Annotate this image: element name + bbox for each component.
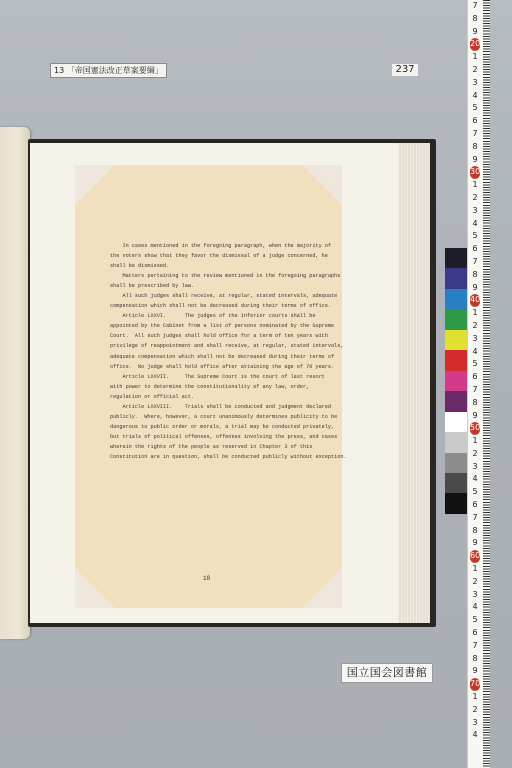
ruler-number: 40	[470, 294, 480, 307]
color-swatch	[445, 473, 467, 493]
ruler-number: 8	[470, 397, 480, 410]
color-calibration-chart	[445, 248, 467, 514]
color-swatch	[445, 493, 467, 513]
document-line: shall be dismissed.	[110, 261, 325, 271]
ruler-number: 1	[470, 563, 480, 576]
ruler-number: 5	[470, 486, 480, 499]
ruler-number: 9	[470, 26, 480, 39]
document-line: Constitution are in question, shall be c…	[110, 452, 325, 462]
ruler-number: 6	[470, 115, 480, 128]
collection-title: 「帝国憲法改正草案要綱」	[67, 66, 163, 75]
ruler-number: 4	[470, 601, 480, 614]
color-swatch	[445, 289, 467, 309]
ruler-number: 3	[470, 77, 480, 90]
ruler-number: 8	[470, 269, 480, 282]
document-line: In cases mentioned in the foregoing para…	[110, 241, 325, 251]
ruler-number: 2	[470, 576, 480, 589]
ruler-number: 3	[470, 205, 480, 218]
ruler-number: 1	[470, 691, 480, 704]
document-line: Matters pertaining to the review mention…	[110, 271, 325, 281]
document-line: appointed by the Cabinet from a list of …	[110, 321, 325, 331]
ruler-number: 9	[470, 282, 480, 295]
ruler-number: 6	[470, 627, 480, 640]
ruler-number: 4	[470, 473, 480, 486]
ruler-number: 8	[470, 653, 480, 666]
ruler-number: 50	[470, 422, 480, 435]
left-page-edge	[0, 127, 30, 639]
color-swatch	[445, 268, 467, 288]
ruler-number: 9	[470, 154, 480, 167]
document-line: shall be prescribed by law.	[110, 281, 325, 291]
document-line: but trials of political offenses, offens…	[110, 432, 325, 442]
ruler-number: 9	[470, 537, 480, 550]
ruler-number: 4	[470, 729, 480, 742]
ruler-number: 2	[470, 192, 480, 205]
ruler-number: 60	[470, 550, 480, 563]
page-folio: 18	[203, 575, 210, 582]
document-line: the voters show that they favor the dism…	[110, 251, 325, 261]
ruler-number: 7	[470, 512, 480, 525]
ruler-number: 1	[470, 179, 480, 192]
color-swatch	[445, 453, 467, 473]
ruler-number: 7	[470, 256, 480, 269]
collection-label: 13 「帝国憲法改正草案要綱」	[50, 63, 167, 78]
ruler-number: 3	[470, 461, 480, 474]
ruler-number: 8	[470, 525, 480, 538]
ruler-number: 2	[470, 448, 480, 461]
document-line: Article LXXVII. The Supreme Court is the…	[110, 372, 325, 382]
ruler-number: 5	[470, 230, 480, 243]
document-line: Article LXXVIII. Trials shall be conduct…	[110, 402, 325, 412]
ruler-number: 6	[470, 243, 480, 256]
ruler-number: 5	[470, 102, 480, 115]
ruler-number: 7	[470, 384, 480, 397]
ruler-number: 1	[470, 51, 480, 64]
document-line: adequate compensation which shall not be…	[110, 352, 325, 362]
document-line: with power to determine the constitution…	[110, 382, 325, 392]
color-swatch	[445, 412, 467, 432]
library-watermark: 国立国会図書館	[341, 663, 433, 683]
ruler-number: 8	[470, 13, 480, 26]
ruler-number: 5	[470, 358, 480, 371]
ruler-number: 4	[470, 90, 480, 103]
ruler-number: 30	[470, 166, 480, 179]
ruler-number: 3	[470, 589, 480, 602]
document-line: Court. All such judges shall hold office…	[110, 331, 325, 341]
ruler-number: 2	[470, 320, 480, 333]
document-line: wherein the rights of the people as rese…	[110, 442, 325, 452]
color-swatch	[445, 309, 467, 329]
collection-prefix: 13	[54, 66, 64, 75]
color-swatch	[445, 391, 467, 411]
ruler-number: 6	[470, 499, 480, 512]
ruler-number: 2	[470, 704, 480, 717]
ruler-number: 4	[470, 218, 480, 231]
document-line: publicly. Where, however, a court unanim…	[110, 412, 325, 422]
color-swatch	[445, 432, 467, 452]
document-line: regulation or official act.	[110, 392, 325, 402]
page-edges	[398, 143, 430, 623]
color-swatch	[445, 330, 467, 350]
color-swatch	[445, 248, 467, 268]
document-line: privilege of reappointment and shall rec…	[110, 341, 325, 351]
measurement-ruler: 7892012345678930123456789401234567895012…	[467, 0, 490, 768]
ruler-number: 70	[470, 678, 480, 691]
ruler-number: 7	[470, 128, 480, 141]
ruler-number: 3	[470, 333, 480, 346]
ruler-number: 2	[470, 64, 480, 77]
document-line: office. No judge shall hold office after…	[110, 362, 325, 372]
document-line: compensation which shall not be decrease…	[110, 301, 325, 311]
frame-number: 237	[392, 64, 418, 76]
ruler-number: 4	[470, 346, 480, 359]
ruler-number: 20	[470, 38, 480, 51]
ruler-ticks	[483, 0, 490, 768]
ruler-number: 9	[470, 410, 480, 423]
ruler-number: 7	[470, 0, 480, 13]
color-swatch	[445, 371, 467, 391]
ruler-number: 1	[470, 307, 480, 320]
ruler-number: 6	[470, 371, 480, 384]
document-line: dangerous to public order or morals, a t…	[110, 422, 325, 432]
color-swatch	[445, 350, 467, 370]
ruler-number: 1	[470, 435, 480, 448]
document-body: In cases mentioned in the foregoing para…	[110, 241, 325, 462]
document-line: All such judges shall receive, at regula…	[110, 291, 325, 301]
ruler-number: 8	[470, 141, 480, 154]
ruler-numbers: 7892012345678930123456789401234567895012…	[470, 0, 480, 742]
ruler-number: 9	[470, 665, 480, 678]
ruler-number: 7	[470, 640, 480, 653]
ruler-number: 3	[470, 717, 480, 730]
ruler-number: 5	[470, 614, 480, 627]
document-line: Article LXXVI. The judges of the inferio…	[110, 311, 325, 321]
